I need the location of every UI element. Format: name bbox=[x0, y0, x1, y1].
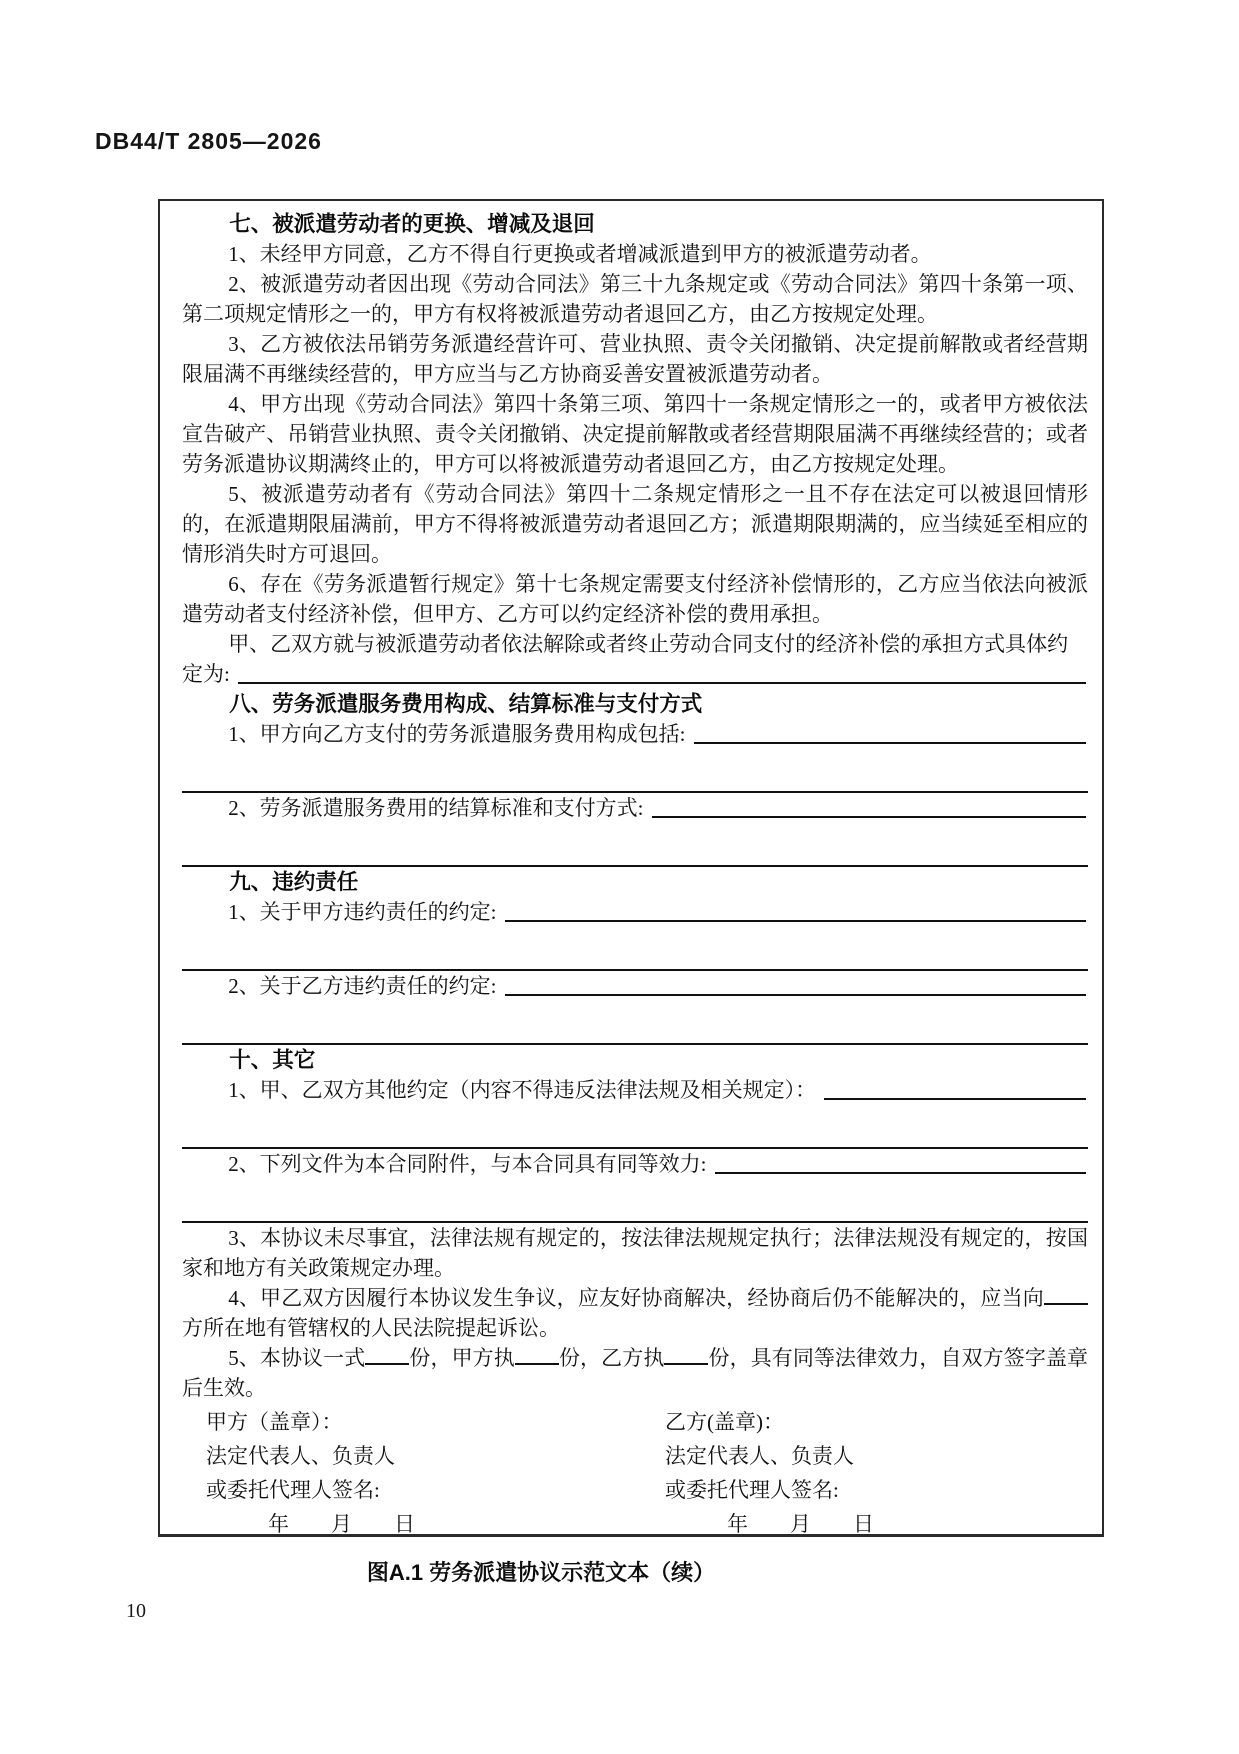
party-a-date-line: 年 月 日 bbox=[206, 1507, 665, 1537]
section-9-heading: 九、违约责任 bbox=[182, 867, 1088, 897]
clause-text: 4、甲乙双方因履行本协议发生争议，应友好协商解决，经协商后仍不能解决的，应当向 bbox=[228, 1286, 1044, 1310]
party-b-agent-label: 或委托代理人签名: bbox=[665, 1473, 1088, 1507]
party-b-representative-label: 法定代表人、负责人 bbox=[665, 1439, 1088, 1473]
blank-line bbox=[182, 942, 1088, 971]
fill-label: 1、甲方向乙方支付的劳务派遣服务费用构成包括: bbox=[228, 719, 685, 749]
fill-label: 1、甲、乙双方其他约定（内容不得违反法律法规及相关规定）： bbox=[228, 1075, 816, 1105]
fill-label: 2、劳务派遣服务费用的结算标准和支付方式: bbox=[228, 793, 643, 823]
clause-7-7-fill-row: 定为: bbox=[182, 659, 1088, 689]
section-8-heading: 八、劳务派遣服务费用构成、结算标准与支付方式 bbox=[182, 689, 1088, 719]
clause-7-4: 4、甲方出现《劳动合同法》第四十条第三项、第四十一条规定情形之一的，或者甲方被依… bbox=[182, 389, 1088, 479]
contract-box: 七、被派遣劳动者的更换、增减及退回 1、未经甲方同意，乙方不得自行更换或者增减派… bbox=[158, 199, 1104, 1537]
clause-7-5: 5、被派遣劳动者有《劳动合同法》第四十二条规定情形之一且不存在法定可以被退回情形… bbox=[182, 479, 1088, 569]
blank-field bbox=[505, 897, 1086, 922]
signature-block: 甲方（盖章）： 法定代表人、负责人 或委托代理人签名: 年 月 日 乙方(盖章)… bbox=[182, 1405, 1088, 1537]
blank-field bbox=[365, 1343, 409, 1365]
clause-7-6: 6、存在《劳务派遣暂行规定》第十七条规定需要支付经济补偿情形的，乙方应当依法向被… bbox=[182, 569, 1088, 629]
party-b-date-line: 年 月 日 bbox=[665, 1507, 1088, 1537]
fill-label: 2、关于乙方违约责任的约定: bbox=[228, 971, 496, 1001]
blank-field bbox=[652, 793, 1086, 818]
figure-caption: 图A.1 劳务派遣协议示范文本（续） bbox=[158, 1556, 1104, 1587]
clause-7-2: 2、被派遣劳动者因出现《劳动合同法》第三十九条规定或《劳动合同法》第四十条第一项… bbox=[182, 269, 1088, 329]
clause-8-2-fill-row: 2、劳务派遣服务费用的结算标准和支付方式: bbox=[182, 793, 1088, 823]
blank-field bbox=[515, 1343, 559, 1365]
party-a-representative-label: 法定代表人、负责人 bbox=[206, 1439, 665, 1473]
fill-label: 定为: bbox=[182, 659, 230, 689]
blank-line bbox=[182, 764, 1088, 793]
blank-line bbox=[182, 1120, 1088, 1149]
party-a-signature-column: 甲方（盖章）： 法定代表人、负责人 或委托代理人签名: 年 月 日 bbox=[206, 1405, 665, 1537]
clause-text: 份，乙方执 bbox=[559, 1346, 665, 1370]
clause-10-2-fill-row: 2、下列文件为本合同附件，与本合同具有同等效力: bbox=[182, 1149, 1088, 1179]
fill-label: 1、关于甲方违约责任的约定: bbox=[228, 897, 496, 927]
clause-7-3: 3、乙方被依法吊销劳务派遣经营许可、营业执照、责令关闭撤销、决定提前解散或者经营… bbox=[182, 329, 1088, 389]
party-b-signature-column: 乙方(盖章)： 法定代表人、负责人 或委托代理人签名: 年 月 日 bbox=[665, 1405, 1088, 1537]
blank-field bbox=[824, 1075, 1086, 1100]
clause-text: 份，甲方执 bbox=[409, 1346, 515, 1370]
blank-field bbox=[505, 971, 1086, 996]
section-7-heading: 七、被派遣劳动者的更换、增减及退回 bbox=[182, 209, 1088, 239]
party-a-agent-label: 或委托代理人签名: bbox=[206, 1473, 665, 1507]
clause-9-1-fill-row: 1、关于甲方违约责任的约定: bbox=[182, 897, 1088, 927]
clause-text: 5、本协议一式 bbox=[228, 1346, 365, 1370]
standard-code-header: DB44/T 2805—2026 bbox=[95, 128, 322, 155]
clause-text: 方所在地有管辖权的人民法院提起诉讼。 bbox=[182, 1316, 560, 1340]
blank-line bbox=[182, 1194, 1088, 1223]
blank-line bbox=[182, 1016, 1088, 1045]
clause-8-1-fill-row: 1、甲方向乙方支付的劳务派遣服务费用构成包括: bbox=[182, 719, 1088, 749]
blank-field bbox=[664, 1343, 708, 1365]
fill-label: 2、下列文件为本合同附件，与本合同具有同等效力: bbox=[228, 1149, 706, 1179]
blank-field bbox=[238, 659, 1086, 684]
clause-7-7-text: 甲、乙双方就与被派遣劳动者依法解除或者终止劳动合同支付的经济补偿的承担方式具体约 bbox=[182, 629, 1088, 659]
clause-10-1-fill-row: 1、甲、乙双方其他约定（内容不得违反法律法规及相关规定）： bbox=[182, 1075, 1088, 1105]
party-a-seal-label: 甲方（盖章）： bbox=[206, 1405, 665, 1439]
section-10-heading: 十、其它 bbox=[182, 1045, 1088, 1075]
clause-10-5: 5、本协议一式份，甲方执份，乙方执份，具有同等法律效力，自双方签字盖章后生效。 bbox=[182, 1343, 1088, 1403]
clause-9-2-fill-row: 2、关于乙方违约责任的约定: bbox=[182, 971, 1088, 1001]
clause-10-4: 4、甲乙双方因履行本协议发生争议，应友好协商解决，经协商后仍不能解决的，应当向方… bbox=[182, 1283, 1088, 1343]
page-number: 10 bbox=[126, 1600, 146, 1623]
blank-line bbox=[182, 838, 1088, 867]
blank-field bbox=[694, 719, 1086, 744]
document-page: DB44/T 2805—2026 七、被派遣劳动者的更换、增减及退回 1、未经甲… bbox=[0, 0, 1239, 1754]
clause-7-1: 1、未经甲方同意，乙方不得自行更换或者增减派遣到甲方的被派遣劳动者。 bbox=[182, 239, 1088, 269]
blank-field bbox=[715, 1149, 1086, 1174]
blank-field bbox=[1044, 1283, 1088, 1305]
clause-10-3: 3、本协议未尽事宜，法律法规有规定的，按法律法规规定执行；法律法规没有规定的，按… bbox=[182, 1223, 1088, 1283]
party-b-seal-label: 乙方(盖章)： bbox=[665, 1405, 1088, 1439]
